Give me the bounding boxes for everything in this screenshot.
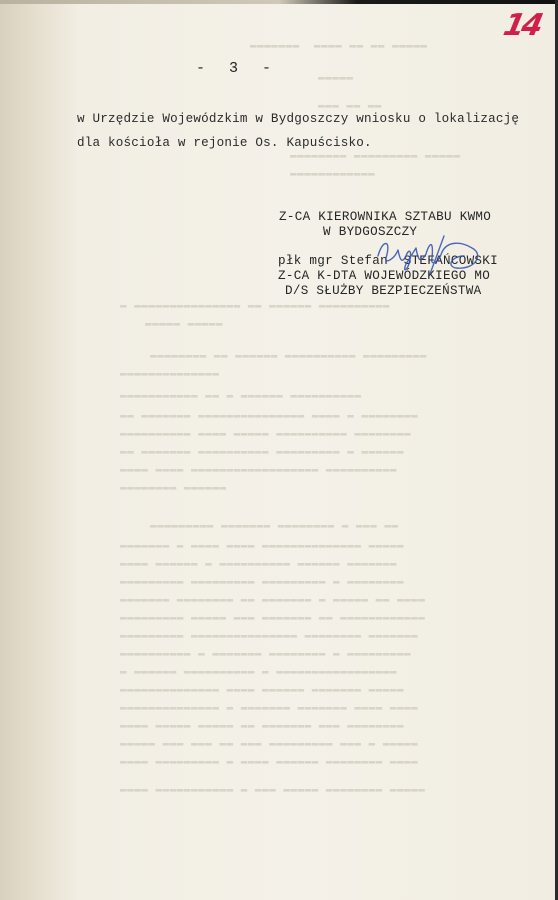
body-line: dla kościoła w rejonie Os. Kapuścisko.: [77, 136, 372, 150]
page-number: - 3 -: [196, 60, 273, 77]
scan-top-edge: [0, 0, 558, 4]
folio-number: 14: [500, 8, 543, 43]
handwritten-signature: [372, 230, 492, 280]
signatory-title-line-1: Z-CA KIEROWNIKA SZTABU KWMO: [279, 210, 491, 224]
scanned-page: ▬▬▬▬▬▬▬ ▬▬▬▬ ▬▬ ▬▬ ▬▬▬▬▬ ▬▬▬▬▬ ▬▬▬ ▬▬ ▬▬…: [0, 0, 558, 900]
signatory-role-line-2: D/S SŁUŻBY BEZPIECZEŃSTWA: [285, 284, 481, 298]
body-line: w Urzędzie Wojewódzkim w Bydgoszczy wnio…: [77, 112, 519, 126]
